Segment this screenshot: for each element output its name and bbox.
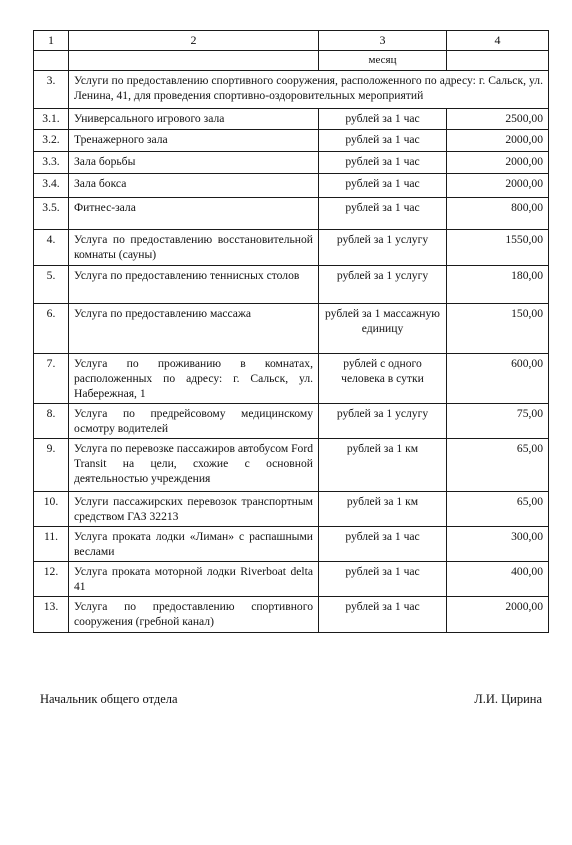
row-number: 3.5. — [34, 198, 69, 230]
document-page: 1 2 3 4 месяц 3. Услуги по предоставлени… — [0, 0, 572, 845]
table-row: 3.4.Зала боксарублей за 1 час2000,00 — [34, 174, 549, 198]
table-row: 3.1.Универсального игрового заларублей з… — [34, 109, 549, 130]
price-value: 2000,00 — [447, 174, 549, 198]
service-name: Универсального игрового зала — [69, 109, 319, 130]
subheader-cell-2 — [69, 51, 319, 71]
service-name: Услуга по предоставлению спортивного соо… — [69, 597, 319, 633]
table-row: 3.5.Фитнес-заларублей за 1 час800,00 — [34, 198, 549, 230]
row-number: 5. — [34, 266, 69, 304]
unit-of-measure: рублей за 1 км — [319, 492, 447, 527]
column-number-3: 3 — [319, 31, 447, 51]
unit-of-measure: рублей за 1 час — [319, 597, 447, 633]
unit-of-measure: рублей за 1 час — [319, 109, 447, 130]
table-row: 9.Услуга по перевозке пассажиров автобус… — [34, 439, 549, 492]
unit-of-measure: рублей за 1 массажную единицу — [319, 304, 447, 354]
service-name: Тренажерного зала — [69, 130, 319, 152]
table-row: 4.Услуга по предоставлению восстановител… — [34, 230, 549, 266]
unit-of-measure: рублей за 1 услугу — [319, 404, 447, 439]
row-number: 8. — [34, 404, 69, 439]
signature-position: Начальник общего отдела — [40, 692, 178, 707]
unit-of-measure: рублей за 1 час — [319, 174, 447, 198]
price-value: 180,00 — [447, 266, 549, 304]
price-value: 800,00 — [447, 198, 549, 230]
row-number: 10. — [34, 492, 69, 527]
table-row: 8.Услуга по предрейсовому медицинскому о… — [34, 404, 549, 439]
price-value: 600,00 — [447, 354, 549, 404]
unit-of-measure: рублей за 1 услугу — [319, 230, 447, 266]
unit-of-measure: рублей с одного человека в сутки — [319, 354, 447, 404]
table-row: 3.2.Тренажерного заларублей за 1 час2000… — [34, 130, 549, 152]
table-row: 7.Услуга по проживанию в комнатах, распо… — [34, 354, 549, 404]
unit-of-measure: рублей за 1 час — [319, 198, 447, 230]
service-name: Услуга по предоставлению теннисных столо… — [69, 266, 319, 304]
row-number: 6. — [34, 304, 69, 354]
service-name: Услуга по предоставлению восстановительн… — [69, 230, 319, 266]
service-name: Фитнес-зала — [69, 198, 319, 230]
column-number-2: 2 — [69, 31, 319, 51]
table-row: 13.Услуга по предоставлению спортивного … — [34, 597, 549, 633]
row-number: 3.3. — [34, 152, 69, 174]
row-number: 3.1. — [34, 109, 69, 130]
section-number: 3. — [34, 71, 69, 109]
service-name: Услуги пассажирских перевозок транспортн… — [69, 492, 319, 527]
row-number: 9. — [34, 439, 69, 492]
price-value: 2000,00 — [447, 152, 549, 174]
service-name: Услуга проката моторной лодки Riverboat … — [69, 562, 319, 597]
row-number: 11. — [34, 527, 69, 562]
unit-of-measure: рублей за 1 час — [319, 130, 447, 152]
section-description: Услуги по предоставлению спортивного соо… — [69, 71, 549, 109]
unit-of-measure: рублей за 1 час — [319, 562, 447, 597]
signature-name: Л.И. Цирина — [474, 692, 542, 707]
unit-of-measure: рублей за 1 км — [319, 439, 447, 492]
column-number-row: 1 2 3 4 — [34, 31, 549, 51]
price-value: 1550,00 — [447, 230, 549, 266]
price-value: 300,00 — [447, 527, 549, 562]
unit-of-measure: рублей за 1 услугу — [319, 266, 447, 304]
price-value: 65,00 — [447, 439, 549, 492]
unit-of-measure: рублей за 1 час — [319, 527, 447, 562]
column-number-1: 1 — [34, 31, 69, 51]
price-value: 65,00 — [447, 492, 549, 527]
row-number: 4. — [34, 230, 69, 266]
table-row: 6.Услуга по предоставлению массажарублей… — [34, 304, 549, 354]
price-value: 75,00 — [447, 404, 549, 439]
subheader-cell-1 — [34, 51, 69, 71]
service-name: Зала бокса — [69, 174, 319, 198]
price-value: 2500,00 — [447, 109, 549, 130]
price-value: 150,00 — [447, 304, 549, 354]
service-name: Услуга по предрейсовому медицинскому осм… — [69, 404, 319, 439]
service-name: Услуга по предоставлению массажа — [69, 304, 319, 354]
price-table: 1 2 3 4 месяц 3. Услуги по предоставлени… — [33, 30, 549, 633]
service-name: Услуга по перевозке пассажиров автобусом… — [69, 439, 319, 492]
row-number: 13. — [34, 597, 69, 633]
service-name: Услуга по проживанию в комнатах, располо… — [69, 354, 319, 404]
price-value: 400,00 — [447, 562, 549, 597]
row-number: 12. — [34, 562, 69, 597]
section-row: 3. Услуги по предоставлению спортивного … — [34, 71, 549, 109]
subheader-unit: месяц — [319, 51, 447, 71]
table-row: 3.3.Зала борьбырублей за 1 час2000,00 — [34, 152, 549, 174]
price-value: 2000,00 — [447, 130, 549, 152]
table-row: 12.Услуга проката моторной лодки Riverbo… — [34, 562, 549, 597]
row-number: 7. — [34, 354, 69, 404]
price-value: 2000,00 — [447, 597, 549, 633]
subheader-row: месяц — [34, 51, 549, 71]
table-row: 11.Услуга проката лодки «Лиман» с распаш… — [34, 527, 549, 562]
unit-of-measure: рублей за 1 час — [319, 152, 447, 174]
service-name: Услуга проката лодки «Лиман» с распашным… — [69, 527, 319, 562]
service-name: Зала борьбы — [69, 152, 319, 174]
row-number: 3.4. — [34, 174, 69, 198]
table-row: 10.Услуги пассажирских перевозок транспо… — [34, 492, 549, 527]
table-row: 5.Услуга по предоставлению теннисных сто… — [34, 266, 549, 304]
column-number-4: 4 — [447, 31, 549, 51]
row-number: 3.2. — [34, 130, 69, 152]
subheader-cell-4 — [447, 51, 549, 71]
